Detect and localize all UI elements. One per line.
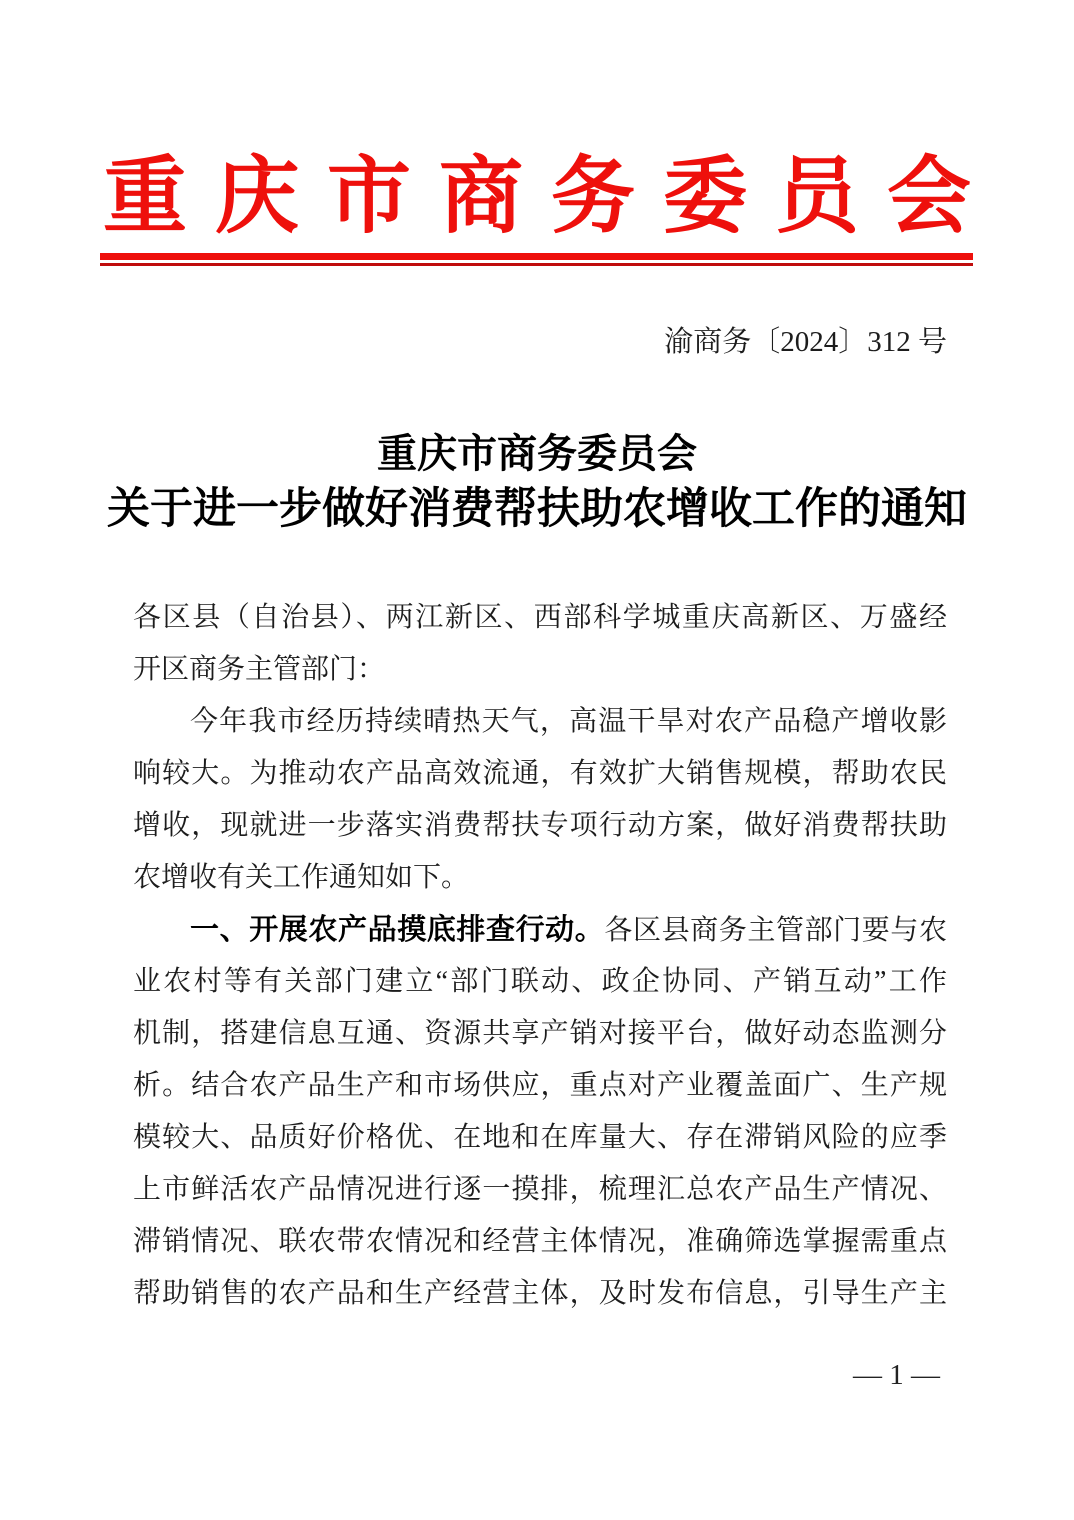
body-line: 响较大。为推动农产品高效流通，有效扩大销售规模，帮助农民 (133, 748, 947, 800)
title-line-1: 重庆市商务委员会 (0, 426, 1074, 481)
body-line: 模较大、品质好价格优、在地和在库量大、存在滞销风险的应季 (133, 1112, 947, 1164)
official-document-page: 重庆市商务委员会 渝商务〔2024〕312 号 重庆市商务委员会 关于进一步做好… (0, 0, 1074, 1520)
red-rule-thick-bar (100, 253, 973, 260)
document-body: 各区县（自治县）、两江新区、西部科学城重庆高新区、万盛经 开区商务主管部门： 今… (133, 592, 947, 1320)
document-number: 渝商务〔2024〕312 号 (664, 322, 947, 362)
body-line-salutation-2: 开区商务主管部门： (133, 644, 947, 696)
body-line: 滞销情况、联农带农情况和经营主体情况，准确筛选掌握需重点 (133, 1216, 947, 1268)
body-line: 今年我市经历持续晴热天气，高温干旱对农产品稳产增收影 (133, 696, 947, 748)
section-1-heading: 一、开展农产品摸底排查行动。 (190, 914, 604, 946)
body-line: 机制，搭建信息互通、资源共享产销对接平台，做好动态监测分 (133, 1008, 947, 1060)
body-line: 上市鲜活农产品情况进行逐一摸排，梳理汇总农产品生产情况、 (133, 1164, 947, 1216)
body-line: 帮助销售的农产品和生产经营主体，及时发布信息，引导生产主 (133, 1268, 947, 1320)
page-number: — 1 — (853, 1358, 940, 1392)
body-line: 析。结合农产品生产和市场供应，重点对产业覆盖面广、生产规 (133, 1060, 947, 1112)
red-separator-rule (100, 253, 973, 266)
body-line-salutation-1: 各区县（自治县）、两江新区、西部科学城重庆高新区、万盛经 (133, 592, 947, 644)
red-rule-thin-bar (100, 263, 973, 266)
title-line-2: 关于进一步做好消费帮扶助农增收工作的通知 (0, 481, 1074, 539)
body-line: 农增收有关工作通知如下。 (133, 852, 947, 904)
letterhead-agency-name: 重庆市商务委员会 (0, 148, 1074, 248)
body-line: 增收，现就进一步落实消费帮扶专项行动方案，做好消费帮扶助 (133, 800, 947, 852)
body-line: 业农村等有关部门建立“部门联动、政企协同、产销互动”工作 (133, 956, 947, 1008)
section-1-text: 各区县商务主管部门要与农 (604, 915, 947, 946)
body-line: 一、开展农产品摸底排查行动。各区县商务主管部门要与农 (133, 904, 947, 956)
document-title: 重庆市商务委员会 关于进一步做好消费帮扶助农增收工作的通知 (0, 426, 1074, 539)
